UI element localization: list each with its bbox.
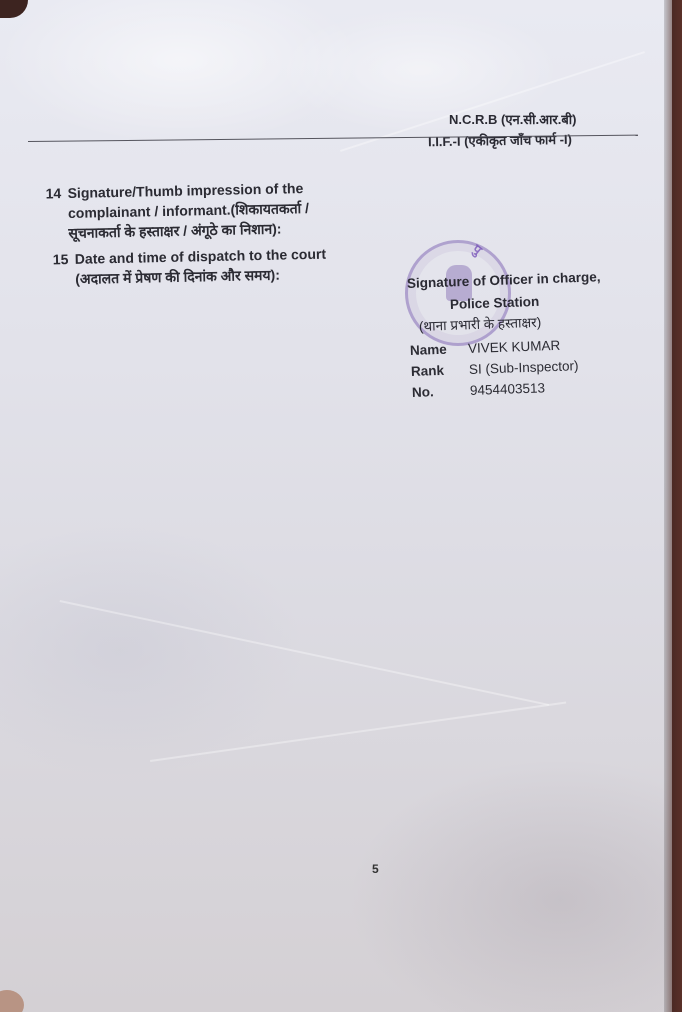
- officer-name-field: NameVIVEK KUMAR: [410, 338, 561, 358]
- document-page: N.C.R.B (एन.सी.आर.बी) I.I.F.-I (एकीकृत ज…: [0, 0, 672, 1012]
- officer-number-field: No.9454403513: [412, 380, 546, 400]
- signature-subtitle: Police Station: [450, 294, 540, 312]
- item-14-complainant-signature: 14Signature/Thumb impression of the comp…: [45, 177, 376, 244]
- paper-crease: [60, 600, 549, 706]
- paper-crease: [150, 702, 566, 762]
- item-label-hindi: (अदालत में प्रेषण की दिनांक और समय):: [53, 263, 373, 290]
- item-15-dispatch-datetime: 15Date and time of dispatch to the court…: [53, 243, 374, 290]
- signature-title-hindi: (थाना प्रभारी के हस्ताक्षर): [419, 313, 542, 335]
- item-number: 15: [53, 249, 75, 269]
- officer-rank-field: RankSI (Sub-Inspector): [411, 358, 579, 379]
- rank-label: Rank: [411, 362, 469, 379]
- number-value: 9454403513: [470, 380, 546, 398]
- page-number: 5: [372, 862, 379, 876]
- name-label: Name: [410, 341, 468, 358]
- background-edge: [664, 0, 682, 1012]
- item-number: 14: [45, 183, 67, 203]
- ncrb-header: N.C.R.B (एन.सी.आर.बी): [449, 110, 576, 128]
- iif-header: I.I.F.-I (एकीकृत जाँच फार्म -I): [428, 130, 572, 151]
- number-label: No.: [412, 383, 470, 400]
- name-value: VIVEK KUMAR: [468, 338, 561, 356]
- item-label: Date and time of dispatch to the court: [75, 246, 327, 267]
- rank-value: SI (Sub-Inspector): [469, 358, 579, 377]
- background-corner: [0, 0, 28, 18]
